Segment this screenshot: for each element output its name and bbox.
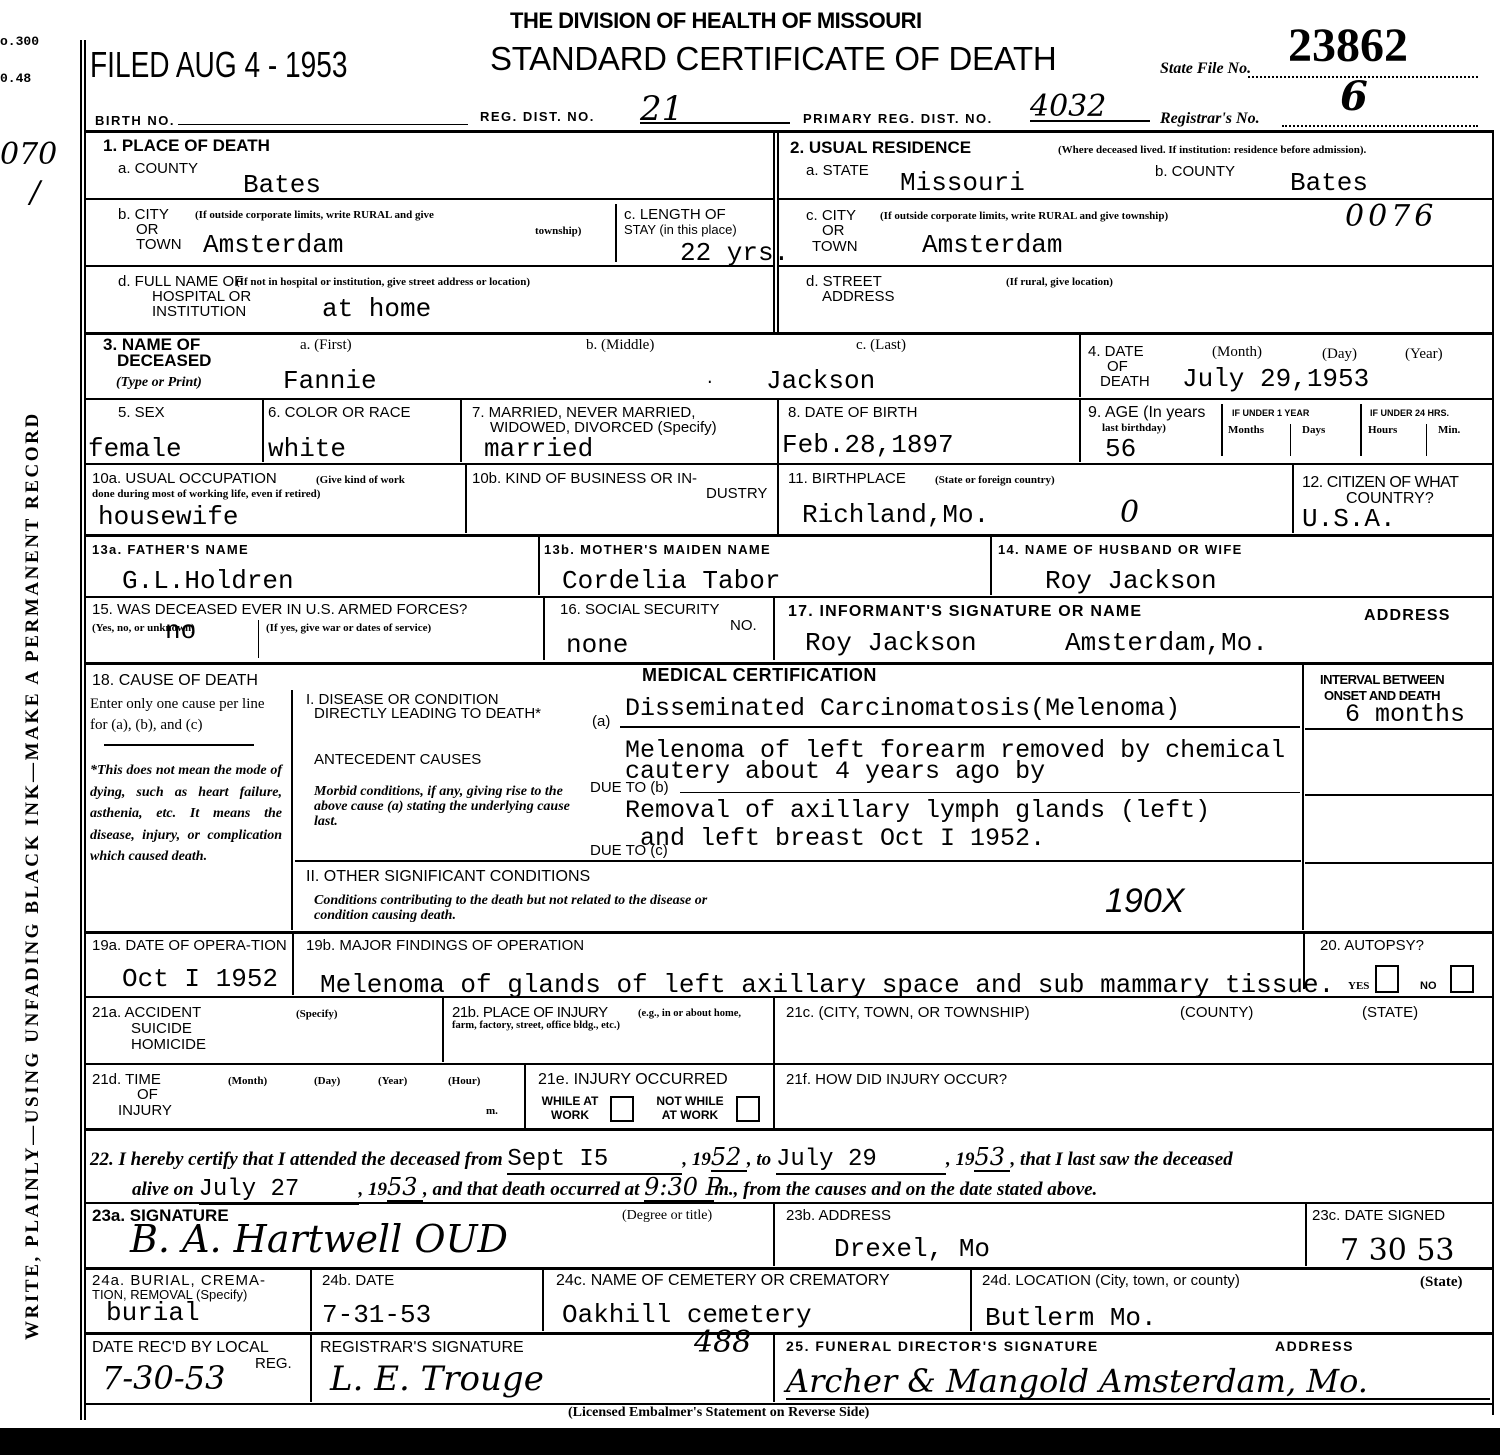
funeral-director-signature: Archer & Mangold Amsterdam, Mo. — [786, 1364, 1490, 1400]
rule — [310, 1334, 312, 1402]
cause-label: 18. CAUSE OF DEATH — [92, 673, 258, 688]
interval-label-1: INTERVAL BETWEEN — [1320, 672, 1444, 687]
dod-value[interactable]: July 29,1953 — [1182, 366, 1369, 392]
race-value[interactable]: white — [268, 436, 346, 462]
cemetery-label: 24c. NAME OF CEMETERY OR CREMATORY — [556, 1273, 890, 1288]
certification-line-1: 22. I hereby certify that I attended the… — [90, 1144, 1233, 1175]
dod-label-1: 4. DATE — [1088, 344, 1144, 359]
name-label-2: DECEASED — [117, 353, 211, 369]
registrar-no-label: Registrar's No. — [1160, 110, 1260, 127]
res-or-label: OR — [822, 223, 845, 238]
informant-value[interactable]: Roy Jackson — [805, 630, 977, 656]
birthplace-note: (State or foreign country) — [935, 474, 1055, 486]
citizen-value[interactable]: U.S.A. — [1302, 506, 1396, 532]
birth-no-label: BIRTH NO. — [95, 113, 175, 128]
injury-time-label-2: OF — [137, 1087, 158, 1102]
burial-state-label: (State) — [1420, 1275, 1462, 1290]
cert-text-9: m., from the causes and on the date stat… — [714, 1179, 1097, 1200]
rule — [773, 1334, 775, 1402]
op-date-value[interactable]: Oct I 1952 — [122, 966, 278, 992]
informant-label: 17. INFORMANT'S SIGNATURE OR NAME — [788, 604, 1142, 619]
injury-specify-label: (Specify) — [296, 1008, 338, 1020]
medical-heading: MEDICAL CERTIFICATION — [642, 668, 877, 683]
dob-value[interactable]: Feb.28,1897 — [782, 432, 954, 458]
other-conditions-label: II. OTHER SIGNIFICANT CONDITIONS — [306, 869, 590, 884]
state-file-label: State File No. — [1160, 60, 1251, 77]
first-name-label: a. (First) — [300, 337, 352, 354]
frame-right — [1492, 130, 1494, 1415]
birthplace-value[interactable]: Richland,Mo. — [802, 502, 989, 528]
rule — [460, 400, 462, 462]
last-name-label: c. (Last) — [856, 337, 906, 354]
res-street-note: (If rural, give location) — [1006, 276, 1113, 288]
rule — [86, 596, 1492, 598]
injury-month-label: (Month) — [228, 1075, 267, 1087]
rule — [680, 792, 1300, 793]
under-24hrs-label: IF UNDER 24 HRS. — [1370, 407, 1449, 419]
mother-value[interactable]: Cordelia Tabor — [562, 568, 780, 594]
margin-handwritten-code: 070 — [0, 142, 57, 168]
injury-city-label: 21c. (CITY, TOWN, OR TOWNSHIP) — [786, 1005, 1030, 1020]
under-1yr-label: IF UNDER 1 YEAR — [1232, 407, 1309, 419]
informant-address-value[interactable]: Amsterdam,Mo. — [1065, 630, 1268, 656]
cert-text-1: 22. I hereby certify that I attended the… — [90, 1149, 503, 1170]
divider-1-2 — [773, 133, 775, 333]
cause-b-line-2[interactable]: cautery about 4 years ago by — [625, 759, 1045, 785]
rule — [1079, 335, 1081, 397]
pod-city-value[interactable]: Amsterdam — [203, 232, 343, 258]
rule — [86, 332, 1492, 335]
rule — [86, 534, 1492, 537]
frame-left-2 — [84, 40, 86, 1420]
stay-label-2: STAY (in this place) — [624, 222, 737, 237]
dod-month-label: (Month) — [1212, 344, 1262, 361]
rule — [465, 465, 467, 533]
rule — [773, 598, 775, 660]
business-label-2: DUSTRY — [706, 486, 767, 501]
rule — [310, 1269, 312, 1331]
hospital-label-3: INSTITUTION — [152, 304, 246, 319]
res-county-label: b. COUNTY — [1155, 164, 1235, 179]
physician-address-value[interactable]: Drexel, Mo — [834, 1236, 990, 1262]
res-town-label: TOWN — [812, 239, 858, 254]
mother-label: 13b. MOTHER'S MAIDEN NAME — [544, 542, 771, 557]
armed-value[interactable]: no — [165, 618, 196, 644]
a-label: (a) — [592, 714, 610, 729]
rule — [1303, 933, 1305, 989]
rule — [86, 1202, 1492, 1204]
birthplace-label: 11. BIRTHPLACE — [788, 471, 906, 486]
rule — [1305, 1204, 1307, 1266]
disease-label-2: DIRECTLY LEADING TO DEATH* — [314, 706, 541, 721]
date-signed-value[interactable]: 7 30 53 — [1340, 1238, 1455, 1264]
rule — [1305, 794, 1492, 796]
sex-value[interactable]: female — [88, 436, 182, 462]
res-city-value[interactable]: Amsterdam — [922, 232, 1062, 258]
rule — [538, 537, 540, 595]
due-to-b-label: DUE TO (b) — [590, 780, 669, 795]
death-time[interactable]: 9:30 P — [644, 1174, 714, 1202]
state-file-number: 23862 — [1288, 18, 1408, 73]
injury-state-label: (STATE) — [1362, 1005, 1418, 1020]
division-title: THE DIVISION OF HEALTH OF MISSOURI — [510, 8, 922, 34]
spouse-label: 14. NAME OF HUSBAND OR WIFE — [998, 542, 1243, 557]
autopsy-label: 20. AUTOPSY? — [1320, 938, 1424, 953]
cert-text-4: , 19 — [946, 1149, 975, 1170]
header-rule — [86, 130, 1492, 133]
rule — [990, 537, 992, 595]
rule — [615, 204, 617, 262]
race-label: 6. COLOR OR RACE — [268, 405, 411, 420]
marital-value[interactable]: married — [484, 436, 593, 462]
rule — [1292, 465, 1294, 533]
res-city-note: (If outside corporate limits, write RURA… — [880, 210, 1168, 222]
pod-city-label: b. CITY — [118, 207, 169, 222]
funeral-director-label: 25. FUNERAL DIRECTOR'S SIGNATURE — [786, 1339, 1099, 1354]
frame-left-1 — [80, 40, 82, 1420]
autopsy-yes-label: YES — [1348, 980, 1369, 992]
interval-value[interactable]: 6 months — [1345, 702, 1465, 728]
age-value[interactable]: 56 — [1105, 436, 1136, 462]
embalmer-note: (Licensed Embalmer's Statement on Revers… — [568, 1405, 869, 1421]
pod-county-label: a. COUNTY — [118, 161, 198, 176]
burial-location-value[interactable]: Butlerm Mo. — [985, 1305, 1157, 1331]
father-value[interactable]: G.L.Holdren — [122, 568, 294, 594]
degree-label: (Degree or title) — [622, 1210, 712, 1222]
res-city-label: c. CITY — [806, 208, 856, 223]
injury-type-label-2: SUICIDE — [131, 1021, 192, 1036]
scan-border — [0, 1428, 1500, 1455]
injury-type-label-1: 21a. ACCIDENT — [92, 1005, 201, 1020]
antecedent-note: Morbid conditions, if any, giving rise t… — [314, 784, 589, 829]
days-label: Days — [1302, 424, 1325, 436]
burial-type-label-1: 24a. BURIAL, CREMA- — [92, 1273, 266, 1288]
cert-text-7: , 19 — [359, 1179, 388, 1200]
injury-type-label-3: HOMICIDE — [131, 1037, 206, 1052]
res-state-value[interactable]: Missouri — [900, 170, 1025, 196]
place-of-death-heading: 1. PLACE OF DEATH — [103, 138, 270, 153]
rule — [258, 620, 259, 658]
months-label: Months — [1228, 424, 1264, 436]
rule — [262, 400, 264, 462]
not-at-work-label: NOT WHILE AT WORK — [648, 1094, 732, 1122]
attended-to-year[interactable]: 53 — [974, 1144, 1010, 1172]
cert-text-2: , 19 — [682, 1149, 711, 1170]
autopsy-no-checkbox[interactable] — [1450, 965, 1474, 993]
cert-text-6: alive on — [132, 1179, 194, 1200]
injury-day-label: (Day) — [314, 1075, 340, 1087]
injury-occurred-label: 21e. INJURY OCCURRED — [538, 1072, 728, 1087]
rule — [543, 598, 545, 660]
registrar-no-line — [1282, 125, 1478, 127]
ssn-value[interactable]: none — [566, 632, 628, 658]
age-label-2: last birthday) — [1102, 422, 1166, 434]
occupation-label: 10a. USUAL OCCUPATION — [92, 471, 277, 486]
sex-label: 5. SEX — [118, 405, 165, 420]
registrar-number: 6 — [1340, 84, 1368, 110]
registrar-date-label-1: DATE REC'D BY LOCAL — [92, 1340, 269, 1355]
citizen-label-1: 12. CITIZEN OF WHAT — [1302, 475, 1458, 490]
last-seen-date[interactable]: July 27 — [199, 1177, 359, 1205]
injury-county-label: (COUNTY) — [1180, 1005, 1253, 1020]
primary-reg-label: PRIMARY REG. DIST. NO. — [803, 111, 993, 126]
marital-label-2: WIDOWED, DIVORCED (Specify) — [490, 420, 717, 435]
rule — [970, 1269, 972, 1331]
rule — [86, 1332, 1492, 1335]
cause-a-value[interactable]: Disseminated Carcinomatosis(Melenoma) — [625, 696, 1180, 722]
reg-dist-label: REG. DIST. NO. — [480, 109, 595, 124]
reg-dist-number: 21 — [640, 96, 790, 124]
armed-label: 15. WAS DECEASED EVER IN U.S. ARMED FORC… — [92, 602, 467, 617]
autopsy-no-label: NO — [1420, 980, 1437, 992]
rule — [524, 1065, 526, 1129]
age-label-1: 9. AGE (In years — [1088, 405, 1205, 420]
pod-or-label: OR — [136, 222, 159, 237]
res-code: 0076 — [1345, 204, 1437, 230]
cert-text-5: , that I last saw the deceased — [1010, 1149, 1232, 1170]
attended-from-year[interactable]: 52 — [711, 1144, 747, 1172]
rule — [1360, 404, 1362, 456]
certification-line-2: alive on July 27, 1953, and that death o… — [132, 1174, 1097, 1205]
rule — [86, 265, 773, 267]
cert-text-8: , and that death occurred at — [423, 1179, 639, 1200]
registrar-signature: L. E. Trouge — [330, 1362, 544, 1396]
burial-location-label: 24d. LOCATION (City, town, or county) — [982, 1273, 1240, 1288]
rule — [773, 1204, 775, 1266]
pod-city-note: (If outside corporate limits, write RURA… — [195, 209, 434, 221]
rule — [292, 933, 294, 995]
divider-1-2b — [777, 133, 779, 333]
dod-label-3: DEATH — [1100, 374, 1150, 389]
form-number-1: o.300 — [0, 36, 39, 48]
findings-value[interactable]: Melenoma of glands of left axillary spac… — [320, 972, 1334, 998]
pod-town-label: TOWN — [136, 237, 182, 252]
rule — [86, 996, 1492, 998]
name-label-3: (Type or Print) — [116, 374, 202, 391]
registrar-date-value[interactable]: 7-30-53 — [102, 1365, 225, 1391]
physician-signature: B. A. Hartwell OUD — [130, 1222, 508, 1256]
occupation-value[interactable]: housewife — [98, 504, 238, 530]
injury-how-label: 21f. HOW DID INJURY OCCUR? — [786, 1072, 1007, 1087]
hospital-note: (If not in hospital or institution, give… — [236, 276, 530, 288]
injury-time-label-1: 21d. TIME — [92, 1072, 161, 1087]
residence-heading: 2. USUAL RESIDENCE — [790, 140, 971, 155]
rule — [86, 198, 773, 200]
rule — [620, 726, 1300, 728]
birthplace-code: 0 — [1120, 500, 1139, 526]
rule — [86, 1267, 1492, 1270]
rule — [104, 744, 254, 746]
rule — [442, 998, 444, 1062]
rule — [542, 1269, 544, 1331]
dod-year-label: (Year) — [1405, 346, 1443, 363]
rule — [777, 400, 779, 535]
margin-instruction: WRITE, PLAINLY—USING UNFADING BLACK INK—… — [22, 411, 44, 1340]
due-to-c-label: DUE TO (c) — [590, 843, 668, 858]
rule — [1079, 400, 1081, 462]
while-at-work-checkbox[interactable] — [610, 1096, 634, 1122]
middle-name-value[interactable]: . — [705, 366, 715, 392]
rule — [86, 463, 1492, 465]
margin-handwritten-mark: / — [30, 180, 40, 206]
rule — [1221, 404, 1223, 456]
ssn-label-2: NO. — [730, 618, 757, 633]
other-conditions-note: Conditions contributing to the death but… — [314, 893, 714, 923]
cemetery-value[interactable]: Oakhill cemetery — [562, 1302, 812, 1328]
attended-from-date[interactable]: Sept I5 — [507, 1147, 682, 1175]
rule — [1305, 728, 1492, 730]
rule — [1290, 424, 1291, 456]
rule — [291, 690, 293, 930]
primary-reg-number: 4032 — [1030, 94, 1150, 122]
cause-footnote: *This does not mean the mode of dying, s… — [90, 760, 282, 868]
registrar-date-label-2: REG. — [255, 1356, 292, 1371]
registrar-signature-label: REGISTRAR'S SIGNATURE — [320, 1340, 524, 1355]
stay-label-1: c. LENGTH OF — [624, 207, 726, 222]
res-county-value[interactable]: Bates — [1290, 170, 1368, 196]
cause-c-line-2[interactable]: and left breast Oct I 1952. — [640, 826, 1045, 852]
father-label: 13a. FATHER'S NAME — [92, 542, 249, 557]
hospital-value[interactable]: at home — [322, 296, 431, 322]
rule — [86, 1063, 1492, 1065]
registrar-code: 488 — [694, 1330, 751, 1356]
injury-hour-label: (Hour) — [448, 1075, 480, 1087]
residence-heading-note: (Where deceased lived. If institution: r… — [1058, 144, 1488, 156]
middle-name-label: b. (Middle) — [586, 337, 654, 354]
dod-label-2: OF — [1107, 359, 1128, 374]
burial-date-label: 24b. DATE — [322, 1273, 394, 1288]
while-at-work-label: WHILE AT WORK — [534, 1094, 606, 1122]
armed-note-2: (If yes, give war or dates of service) — [266, 622, 431, 634]
occupation-note-2: done during most of working life, even i… — [92, 488, 320, 500]
pod-city-note-2: township) — [535, 225, 581, 237]
last-seen-year[interactable]: 53 — [387, 1174, 423, 1202]
min-label: Min. — [1438, 424, 1460, 436]
res-state-label: a. STATE — [806, 163, 869, 178]
findings-label: 19b. MAJOR FINDINGS OF OPERATION — [306, 938, 584, 953]
marital-label-1: 7. MARRIED, NEVER MARRIED, — [472, 405, 695, 420]
rule — [86, 398, 1492, 400]
rule — [86, 931, 1492, 934]
rule — [1426, 424, 1427, 456]
burial-date-value[interactable]: 7-31-53 — [322, 1302, 431, 1328]
rule — [86, 1128, 1492, 1131]
not-at-work-checkbox[interactable] — [736, 1096, 760, 1122]
op-date-label: 19a. DATE OF OPERA-TION — [92, 938, 287, 953]
hospital-label-2: HOSPITAL OR — [152, 289, 251, 304]
rule — [1305, 862, 1492, 864]
first-name-value[interactable]: Fannie — [283, 368, 377, 394]
injury-m-label: m. — [486, 1105, 498, 1117]
ssn-label-1: 16. SOCIAL SECURITY — [560, 602, 720, 617]
cause-c-line-1[interactable]: Removal of axillary lymph glands (left) — [625, 798, 1210, 824]
other-conditions-code: 190X — [1105, 888, 1184, 914]
date-signed-label: 23c. DATE SIGNED — [1312, 1208, 1445, 1223]
rule — [1302, 665, 1304, 930]
filed-stamp: FILED AUG 4 - 1953 — [90, 44, 348, 86]
cert-text-3: , to — [747, 1149, 771, 1170]
dod-day-label: (Day) — [1322, 346, 1357, 363]
hours-label: Hours — [1368, 424, 1397, 436]
form-number-2: 0.48 — [0, 73, 31, 85]
autopsy-yes-checkbox[interactable] — [1375, 965, 1399, 993]
injury-year-label: (Year) — [378, 1075, 407, 1087]
cause-instruction: Enter only one cause per line for (a), (… — [90, 694, 282, 736]
occupation-note-1: (Give kind of work — [316, 474, 405, 486]
informant-address-label: ADDRESS — [1364, 608, 1451, 623]
certificate-title: STANDARD CERTIFICATE OF DEATH — [490, 40, 1056, 78]
business-label-1: 10b. KIND OF BUSINESS OR IN- — [472, 471, 697, 486]
rule — [295, 860, 1301, 862]
res-street-label-2: ADDRESS — [822, 289, 895, 304]
hospital-label-1: d. FULL NAME OF — [118, 274, 243, 289]
res-street-label-1: d. STREET — [806, 274, 882, 289]
physician-address-label: 23b. ADDRESS — [786, 1208, 891, 1223]
injury-place-note: (e.g., in or about home, farm, factory, … — [452, 1008, 767, 1032]
dob-label: 8. DATE OF BIRTH — [788, 405, 917, 420]
last-name-value[interactable]: Jackson — [766, 368, 875, 394]
burial-type-value[interactable]: burial — [106, 1300, 200, 1326]
antecedent-label: ANTECEDENT CAUSES — [314, 752, 481, 767]
spouse-value[interactable]: Roy Jackson — [1045, 568, 1217, 594]
stay-value[interactable]: 22 yrs. — [680, 240, 789, 266]
rule — [777, 265, 1492, 267]
funeral-address-label: ADDRESS — [1275, 1339, 1354, 1354]
injury-time-label-3: INJURY — [118, 1103, 172, 1118]
attended-to-date[interactable]: July 29 — [776, 1147, 946, 1175]
birth-no-field[interactable] — [178, 124, 468, 125]
pod-county-value[interactable]: Bates — [243, 172, 321, 198]
